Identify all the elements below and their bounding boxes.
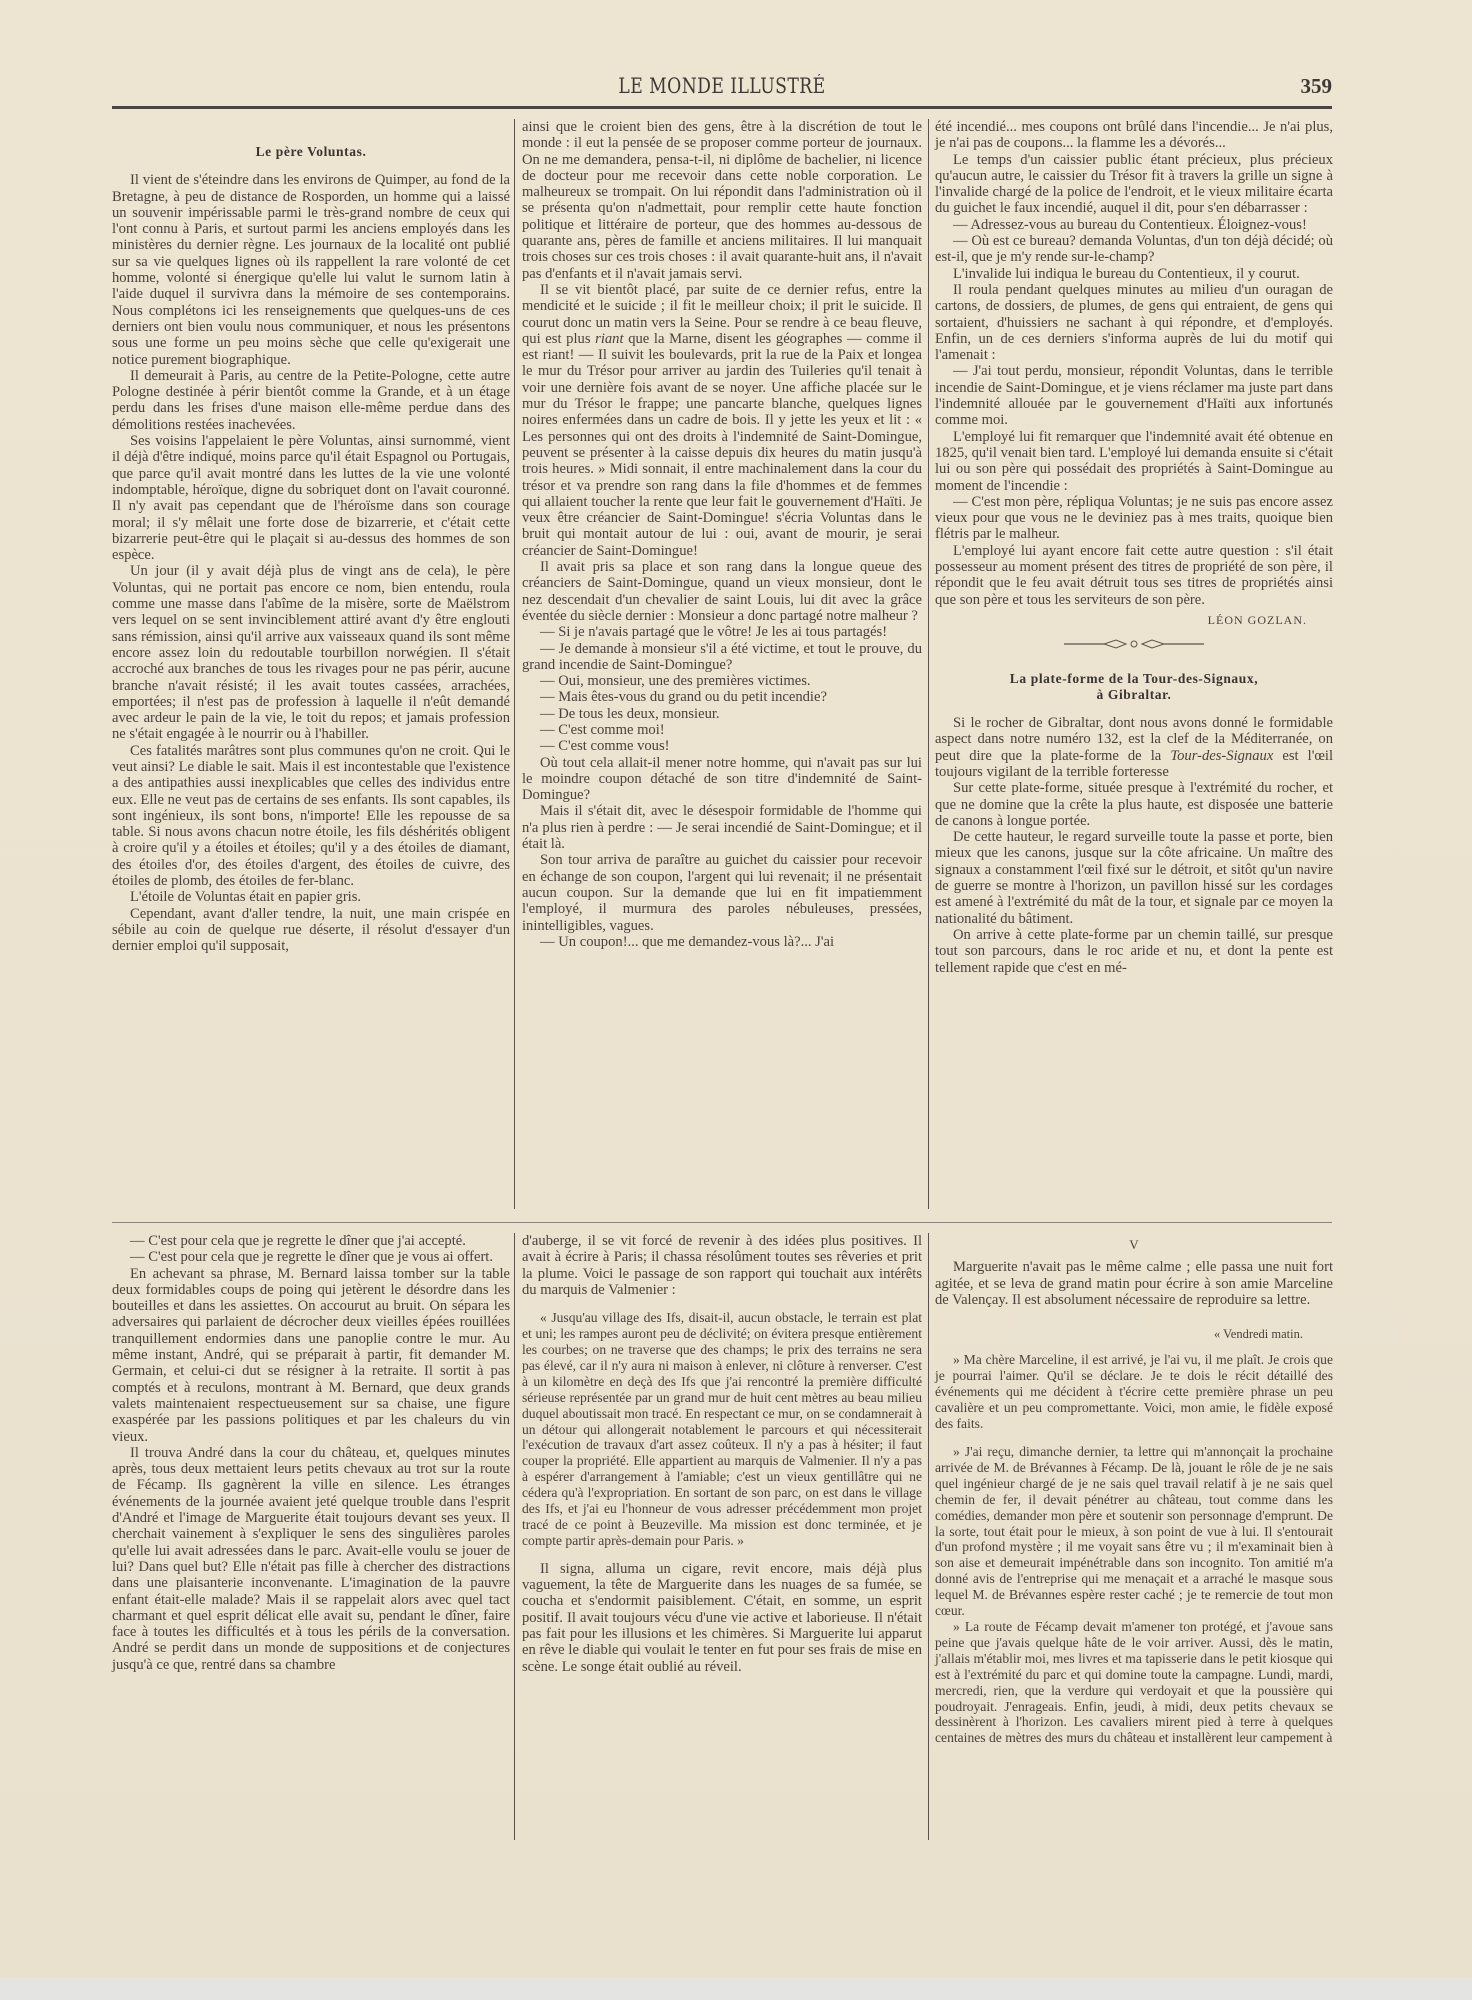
paragraph: L'employé lui fit remarquer que l'indemn…	[935, 429, 1333, 494]
author-signature: LÉON GOZLAN.	[935, 612, 1307, 628]
column-divider	[928, 119, 929, 1209]
masthead-rule	[112, 106, 1332, 109]
paragraph: Sur cette plate-forme, située presque à …	[935, 780, 1333, 829]
paragraph: Un jour (il y avait déjà plus de vingt a…	[112, 563, 510, 742]
paragraph: Son tour arriva de paraître au guichet d…	[522, 852, 922, 933]
paragraph: L'étoile de Voluntas était en papier gri…	[112, 889, 510, 905]
letter-paragraph: » La route de Fécamp devait m'amener ton…	[935, 1619, 1333, 1746]
paragraph: L'invalide lui indiqua le bureau du Cont…	[935, 266, 1333, 282]
paragraph: Marguerite n'avait pas le même calme ; e…	[935, 1259, 1333, 1308]
paragraph: L'employé lui ayant encore fait cette au…	[935, 543, 1333, 608]
paragraph: d'auberge, il se vit forcé de revenir à …	[522, 1233, 922, 1298]
column-4: — C'est pour cela que je regrette le dîn…	[112, 1233, 510, 1673]
paragraph: De cette hauteur, le regard surveille to…	[935, 829, 1333, 927]
article-headline-gibraltar-2: à Gibraltar.	[935, 687, 1333, 703]
paragraph: Il se vit bientôt placé, par suite de ce…	[522, 282, 922, 559]
article-headline-voluntas: Le père Voluntas.	[112, 144, 510, 160]
column-divider	[514, 1233, 515, 1840]
dialogue-line: — Oui, monsieur, une des premières victi…	[522, 673, 922, 689]
italic-word: riant	[595, 331, 623, 347]
feuilleton-rule	[112, 1222, 1332, 1223]
dialogue-line: — C'est comme vous!	[522, 738, 922, 754]
article-headline-gibraltar: La plate-forme de la Tour-des-Signaux,	[935, 671, 1333, 687]
letter-dateline: « Vendredi matin.	[935, 1326, 1303, 1342]
dialogue-line: — C'est mon père, répliqua Voluntas; je …	[935, 494, 1333, 543]
column-5: d'auberge, il se vit forcé de revenir à …	[522, 1233, 922, 1675]
dialogue-line: — Où est ce bureau? demanda Voluntas, d'…	[935, 233, 1333, 266]
paragraph: Il demeurait à Paris, au centre de la Pe…	[112, 368, 510, 433]
paragraph: Cependant, avant d'aller tendre, la nuit…	[112, 906, 510, 955]
letter-paragraph: » Ma chère Marceline, il est arrivé, je …	[935, 1352, 1333, 1432]
column-6: V Marguerite n'avait pas le même calme ;…	[935, 1233, 1333, 1746]
paragraph: Il roula pendant quelques minutes au mil…	[935, 282, 1333, 363]
dialogue-line: — Mais êtes-vous du grand ou du petit in…	[522, 689, 922, 705]
paragraph: Mais il s'était dit, avec le désespoir f…	[522, 803, 922, 852]
chapter-number: V	[935, 1237, 1333, 1253]
column-1: Le père Voluntas. Il vient de s'éteindre…	[112, 126, 510, 955]
paragraph: ainsi que le croient bien des gens, être…	[522, 119, 922, 282]
paragraph: été incendié... mes coupons ont brûlé da…	[935, 119, 1333, 152]
paragraph: Ses voisins l'appelaient le père Volunta…	[112, 433, 510, 563]
publication-title: LE MONDE ILLUSTRÉ	[222, 74, 1222, 98]
ornament-divider	[935, 638, 1333, 654]
paragraph: Ces fatalités marâtres sont plus commune…	[112, 743, 510, 890]
paragraph: Il trouva André dans la cour du château,…	[112, 1445, 510, 1673]
dialogue-line: — Adressez-vous au bureau du Contentieux…	[935, 217, 1333, 233]
paragraph: Le temps d'un caissier public étant préc…	[935, 152, 1333, 217]
quoted-report: « Jusqu'au village des Ifs, disait-il, a…	[522, 1310, 922, 1549]
column-divider	[514, 119, 515, 1209]
page-number: 359	[1301, 74, 1333, 99]
dialogue-line: — J'ai tout perdu, monsieur, répondit Vo…	[935, 363, 1333, 428]
dialogue-line: — Je demande à monsieur s'il a été victi…	[522, 641, 922, 674]
paragraph: Il signa, alluma un cigare, revit encore…	[522, 1561, 922, 1675]
paragraph: Où tout cela allait-il mener notre homme…	[522, 755, 922, 804]
newspaper-page: LE MONDE ILLUSTRÉ 359 Le père Voluntas. …	[0, 0, 1472, 2000]
dialogue-line: — Un coupon!... que me demandez-vous là?…	[522, 934, 922, 950]
letter-paragraph: » J'ai reçu, dimanche dernier, ta lettre…	[935, 1444, 1333, 1619]
column-divider	[928, 1233, 929, 1840]
paragraph: Il avait pris sa place et son rang dans …	[522, 559, 922, 624]
dialogue-line: — De tous les deux, monsieur.	[522, 706, 922, 722]
paragraph: En achevant sa phrase, M. Bernard laissa…	[112, 1266, 510, 1445]
paragraph: Si le rocher de Gibraltar, dont nous avo…	[935, 715, 1333, 780]
dialogue-line: — C'est pour cela que je regrette le dîn…	[112, 1233, 510, 1249]
paragraph: On arrive à cette plate-forme par un che…	[935, 927, 1333, 976]
scan-margin	[0, 1978, 1472, 2000]
dialogue-line: — C'est pour cela que je regrette le dîn…	[112, 1249, 510, 1265]
dialogue-line: — Si je n'avais partagé que le vôtre! Je…	[522, 624, 922, 640]
column-3: été incendié... mes coupons ont brûlé da…	[935, 119, 1333, 976]
column-2: ainsi que le croient bien des gens, être…	[522, 119, 922, 950]
italic-name: Tour-des-Signaux	[1170, 748, 1273, 764]
masthead: LE MONDE ILLUSTRÉ 359	[112, 74, 1332, 104]
paragraph: Il vient de s'éteindre dans les environs…	[112, 172, 510, 368]
dialogue-line: — C'est comme moi!	[522, 722, 922, 738]
flourish-icon	[1064, 638, 1204, 650]
